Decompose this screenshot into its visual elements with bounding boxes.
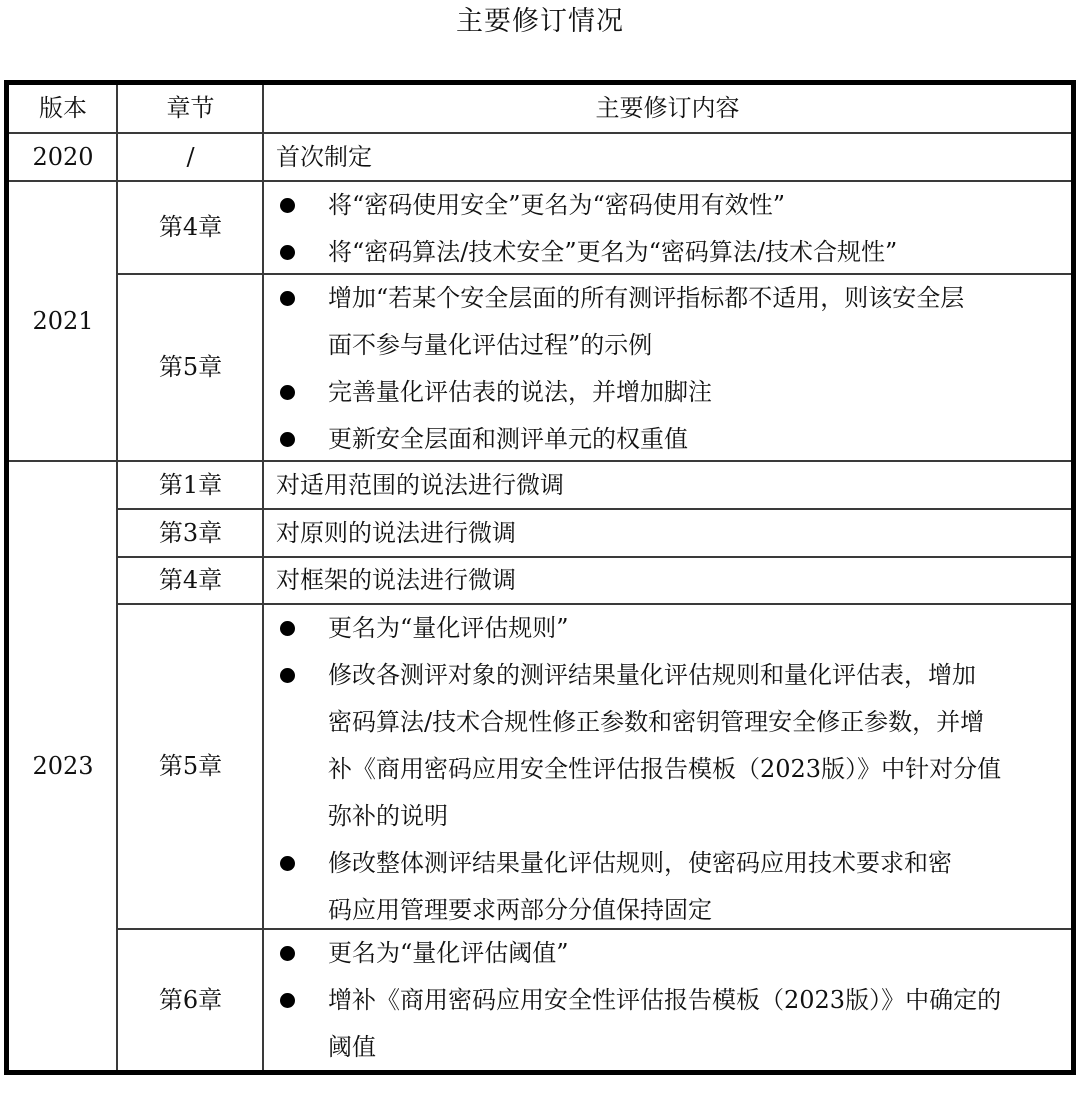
list-item: 将“密码使用安全”更名为“密码使用有效性”	[264, 182, 1071, 229]
chapter-cell: 第5章	[118, 605, 263, 928]
list-item: 完善量化评估表的说法，并增加脚注	[264, 369, 1071, 416]
bullet-icon	[280, 668, 295, 683]
bullet-icon	[280, 856, 295, 871]
bullet-icon	[280, 291, 295, 306]
chapter-cell: 第4章	[118, 558, 263, 603]
bullet-icon	[280, 385, 295, 400]
list-item: 更名为“量化评估阈值”	[264, 930, 1071, 977]
chapter-cell: /	[118, 134, 263, 180]
header-content: 主要修订内容	[264, 85, 1071, 132]
bullet-icon	[280, 432, 295, 447]
bullet-icon	[280, 993, 295, 1008]
bullet-list: 将“密码使用安全”更名为“密码使用有效性” 将“密码算法/技术安全”更名为“密码…	[264, 182, 1071, 276]
bullet-list: 更名为“量化评估阈值” 增补《商用密码应用安全性评估报告模板（2023版）》中确…	[264, 930, 1071, 1071]
chapter-cell: 第1章	[118, 462, 263, 508]
bullet-icon	[280, 621, 295, 636]
list-item: 将“密码算法/技术安全”更名为“密码算法/技术合规性”	[264, 229, 1071, 276]
document-title: 主要修订情况	[0, 2, 1080, 42]
list-item: 增加“若某个安全层面的所有测评指标都不适用，则该安全层 面不参与量化评估过程”的…	[264, 275, 1071, 369]
list-item: 修改各测评对象的测评结果量化评估规则和量化评估表，增加 密码算法/技术合规性修正…	[264, 652, 1071, 840]
header-chapter: 章节	[118, 85, 263, 132]
chapter-cell: 第4章	[118, 182, 263, 273]
version-2023: 2023	[9, 462, 117, 1070]
bullet-icon	[280, 198, 295, 213]
bullet-list: 更名为“量化评估规则” 修改各测评对象的测评结果量化评估规则和量化评估表，增加 …	[264, 605, 1071, 934]
content-cell: 对适用范围的说法进行微调	[264, 462, 1071, 508]
header-version: 版本	[9, 85, 117, 132]
version-2020: 2020	[9, 134, 117, 180]
chapter-cell: 第3章	[118, 510, 263, 556]
content-cell: 首次制定	[264, 134, 1071, 180]
list-item: 更名为“量化评估规则”	[264, 605, 1071, 652]
list-item: 更新安全层面和测评单元的权重值	[264, 416, 1071, 463]
chapter-cell: 第6章	[118, 930, 263, 1070]
list-item: 修改整体测评结果量化评估规则，使密码应用技术要求和密 码应用管理要求两部分分值保…	[264, 840, 1071, 934]
bullet-list: 增加“若某个安全层面的所有测评指标都不适用，则该安全层 面不参与量化评估过程”的…	[264, 275, 1071, 463]
list-item: 增补《商用密码应用安全性评估报告模板（2023版）》中确定的 阈值	[264, 977, 1071, 1071]
content-cell: 对原则的说法进行微调	[264, 510, 1071, 556]
bullet-icon	[280, 245, 295, 260]
bullet-icon	[280, 946, 295, 961]
version-2021: 2021	[9, 182, 117, 460]
revision-table: 版本 章节 主要修订内容 2020 / 首次制定 2021 第4章 将“密码使用…	[4, 80, 1076, 1075]
chapter-cell: 第5章	[118, 275, 263, 460]
content-cell: 对框架的说法进行微调	[264, 558, 1071, 603]
